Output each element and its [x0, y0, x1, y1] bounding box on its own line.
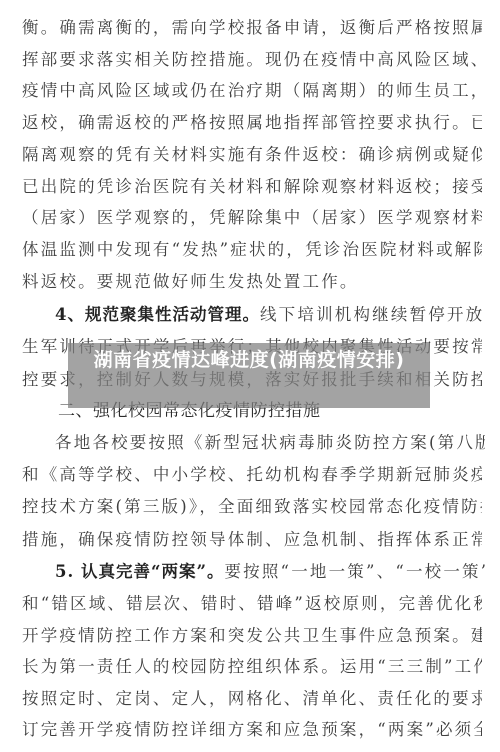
paragraph-line: 体温监测中发现有“发热”症状的，凭诊治医院材料或解除材	[22, 239, 482, 261]
paragraph-line: 订完善开学疫情防控详细方案和应急预案，“两案”必须全面具	[22, 719, 482, 741]
paragraph-line: 料返校。要规范做好师生发热处置工作。	[22, 271, 482, 293]
section-4-first-line: 4、规范聚集性活动管理。线下培训机构继续暂停开放；新	[55, 304, 485, 326]
title-overlay: 湖南省疫情达峰进度(湖南疫情安排)	[68, 343, 430, 408]
paragraph-line: 措施，确保疫情防控领导体制、应急机制、指挥体系正常运行。	[22, 529, 482, 551]
paragraph-line: 各地各校要按照《新型冠状病毒肺炎防控方案(第八版)》	[55, 432, 485, 454]
section-5-heading: 5. 认真完善“两案”。	[55, 562, 224, 581]
paragraph-line: 挥部要求落实相关防控措施。现仍在疫情中高风险区域、来自	[22, 49, 482, 71]
section-5-text: 要按照“一地一策”、“一校一策”	[224, 562, 485, 581]
paragraph-line: 长为第一责任人的校园防控组织体系。运用“三三制”工作法，	[22, 656, 482, 678]
paragraph-line: 疫情中高风险区域或仍在治疗期（隔离期）的师生员工，暂不	[22, 80, 482, 102]
section-4-heading: 4、规范聚集性活动管理。	[55, 305, 260, 324]
paragraph-line: 已出院的凭诊治医院有关材料和解除观察材料返校；接受集中	[22, 176, 482, 198]
paragraph-line: 和“错区域、错层次、错时、错峰”返校原则，完善优化秋季	[22, 593, 482, 615]
paragraph-line: 隔离观察的凭有关材料实施有条件返校：确诊病例或疑似病例，	[22, 144, 482, 166]
paragraph-line: 控技术方案(第三版)》，全面细致落实校园常态化疫情防控各项	[22, 496, 482, 518]
paragraph-line: 和《高等学校、中小学校、托幼机构春季学期新冠肺炎疫情防	[22, 464, 482, 486]
paragraph-line: 开学疫情防控工作方案和突发公共卫生事件应急预案。建立校	[22, 625, 482, 647]
paragraph-line: （居家）医学观察的，凭解除集中（居家）医学观察材料返校；	[22, 207, 482, 229]
paragraph-line: 衡。确需离衡的，需向学校报备申请，返衡后严格按照属地指	[22, 17, 482, 39]
paragraph-line: 按照定时、定岗、定人，网格化、清单化、责任化的要求，修	[22, 688, 482, 710]
section-4-text: 线下培训机构继续暂停开放；新	[260, 305, 485, 324]
paragraph-line: 返校，确需返校的严格按照属地指挥部管控要求执行。已解除	[22, 112, 482, 134]
section-5-first-line: 5. 认真完善“两案”。要按照“一地一策”、“一校一策”	[55, 561, 485, 583]
overlay-title: 湖南省疫情达峰进度(湖南疫情安排)	[68, 347, 430, 373]
